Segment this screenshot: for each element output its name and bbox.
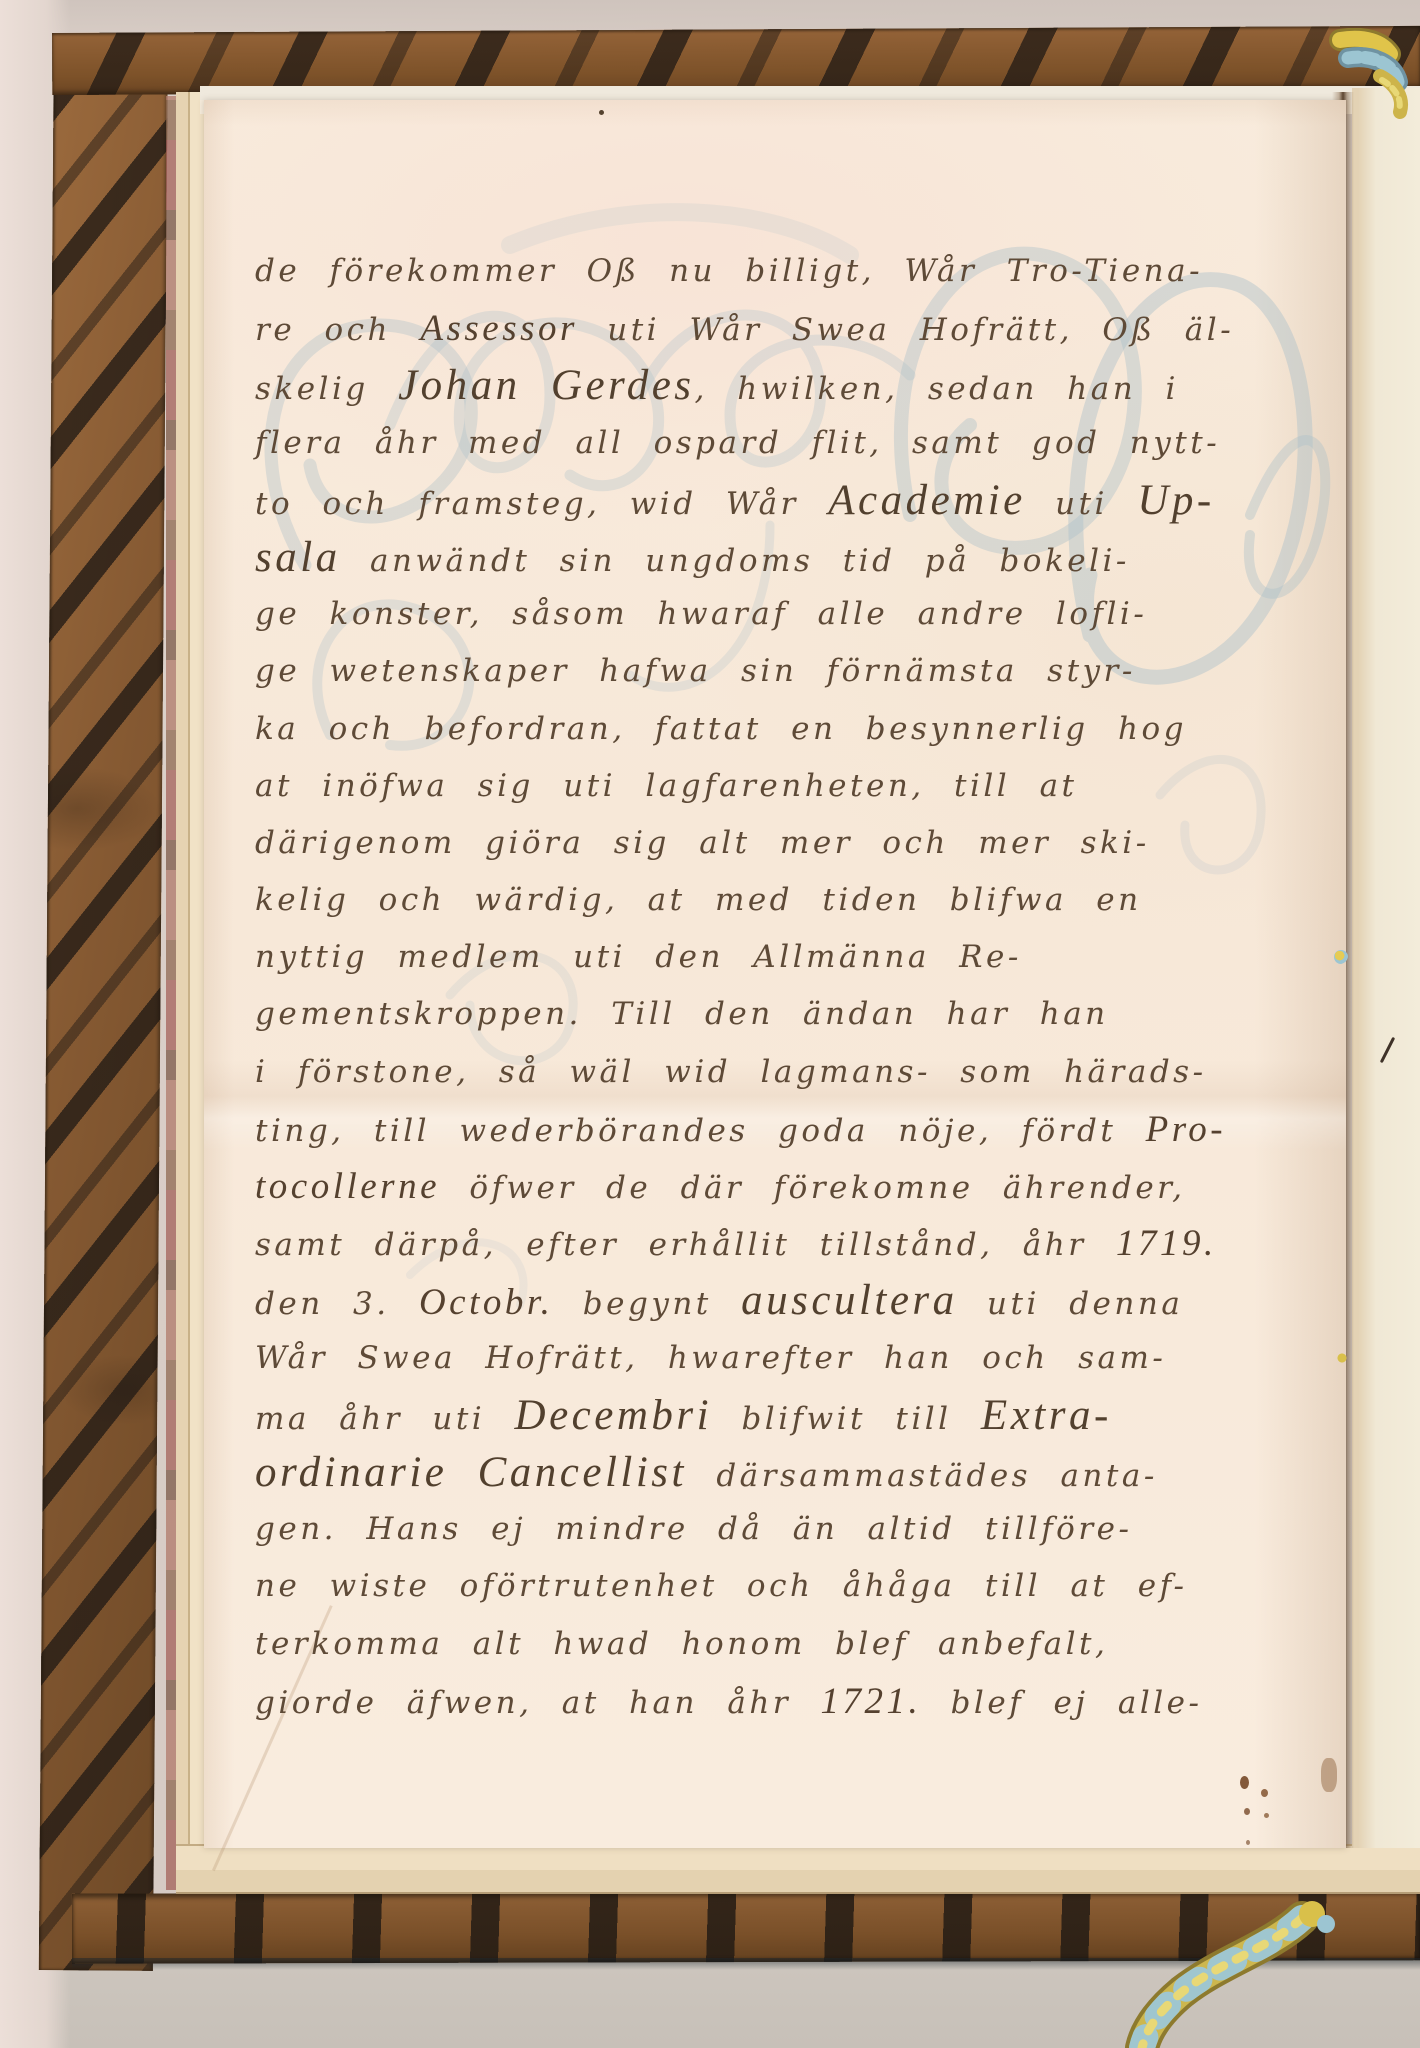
manuscript-text-segment: därigenom giöra sig alt mer och mer ski- (255, 825, 1150, 861)
manuscript-line-17: tocollerne öfwer de där förekomne ährend… (255, 1158, 1265, 1215)
manuscript-line-3: skelig Johan Gerdes, hwilken, sedan han … (255, 357, 1265, 414)
manuscript-text-segment: re och (255, 312, 420, 348)
manuscript-line-20: Wår Swea Hofrätt, hwarefter han och sam- (255, 1330, 1265, 1387)
manuscript-line-19: den 3. Octobr. begynt auscultera uti den… (255, 1272, 1265, 1329)
ink-stain (1244, 1808, 1250, 1815)
marbled-endpaper-edge (166, 96, 176, 1890)
manuscript-text-segment: blef ej alle- (921, 1685, 1202, 1721)
manuscript-text-segment: tocollerne (255, 1166, 440, 1207)
manuscript-text-segment: skelig (255, 371, 398, 407)
manuscript-text-segment: gen. Hans ej mindre då än altid tillföre… (255, 1511, 1132, 1547)
manuscript-text-segment: kelig och wärdig, at med tiden blifwa en (255, 882, 1142, 918)
manuscript-line-22: ordinarie Cancellist därsammastädes anta… (255, 1444, 1265, 1501)
manuscript-text-segment: därsammastädes anta- (687, 1458, 1158, 1494)
ink-stain (1264, 1813, 1269, 1818)
manuscript-text-segment: Extra- (981, 1392, 1112, 1439)
manuscript-text-segment: ne wiste oförtrutenhet och åhåga till at… (255, 1568, 1187, 1604)
manuscript-line-15: i förstone, så wäl wid lagmans- som hära… (255, 1044, 1265, 1101)
manuscript-text-segment: ka och befordran, fattat en besynnerlig … (255, 711, 1187, 747)
manuscript-line-7: ge konster, såsom hwaraf alle andre lofl… (255, 586, 1265, 643)
manuscript-text-segment: flera åhr med all ospard flit, samt god … (255, 425, 1220, 461)
manuscript-line-12: kelig och wärdig, at med tiden blifwa en (255, 872, 1265, 929)
manuscript-text-segment: Pro- (1146, 1109, 1226, 1150)
manuscript-line-9: ka och befordran, fattat en besynnerlig … (255, 701, 1265, 758)
binding-cord-bottom (1090, 1900, 1350, 2048)
manuscript-text-segment: begynt (553, 1286, 741, 1322)
manuscript-text-segment: öfwer de där förekomne ährender, (440, 1170, 1185, 1206)
manuscript-text-segment: de förekommer Oß nu billigt, Wår Tro-Tie… (255, 253, 1203, 289)
manuscript-text-segment: i förstone, så wäl wid lagmans- som hära… (255, 1054, 1207, 1090)
ink-stain (1261, 1789, 1268, 1797)
manuscript-text-segment: blifwit till (712, 1401, 981, 1437)
manuscript-text-segment: auscultera (741, 1277, 958, 1324)
ink-stain (1240, 1776, 1249, 1789)
manuscript-text-segment: , hwilken, sedan han i (695, 371, 1179, 407)
manuscript-line-6: sala anwändt sin ungdoms tid på bokeli- (255, 529, 1265, 586)
manuscript-text-segment: Academie (828, 477, 1026, 524)
manuscript-text-segment: Johan Gerdes (398, 362, 694, 409)
manuscript-text-segment: ma åhr uti (255, 1401, 515, 1437)
manuscript-text-segment: uti (1026, 486, 1138, 522)
manuscript-line-2: re och Assessor uti Wår Swea Hofrätt, Oß… (255, 300, 1265, 357)
manuscript-text-segment: uti denna (958, 1286, 1184, 1322)
manuscript-text-segment: anwändt sin ungdoms tid på bokeli- (341, 543, 1130, 579)
manuscript-line-26: giorde äfwen, at han åhr 1721. blef ej a… (255, 1673, 1265, 1730)
manuscript-text-segment: 1721. (820, 1681, 921, 1722)
manuscript-text-segment: samt därpå, efter erhållit tillstånd, åh… (255, 1227, 1116, 1263)
manuscript-line-16: ting, till wederbörandes goda nöje, förd… (255, 1101, 1265, 1158)
manuscript-text-segment: giorde äfwen, at han åhr (255, 1685, 820, 1721)
manuscript-text-segment: ting, till wederbörandes goda nöje, förd… (255, 1113, 1146, 1149)
manuscript-line-1: de förekommer Oß nu billigt, Wår Tro-Tie… (255, 243, 1265, 300)
scanned-book-page: de förekommer Oß nu billigt, Wår Tro-Tie… (0, 0, 1420, 2048)
manuscript-text-segment: terkomma alt hwad honom blef anbefalt, (255, 1626, 1108, 1662)
manuscript-text-block: de förekommer Oß nu billigt, Wår Tro-Tie… (255, 243, 1265, 1730)
manuscript-line-4: flera åhr med all ospard flit, samt god … (255, 415, 1265, 472)
manuscript-line-24: ne wiste oförtrutenhet och åhåga till at… (255, 1558, 1265, 1615)
manuscript-text-segment: ge wetenskaper hafwa sin förnämsta styr- (255, 653, 1136, 689)
manuscript-line-11: därigenom giöra sig alt mer och mer ski- (255, 815, 1265, 872)
manuscript-line-10: at inöfwa sig uti lagfarenheten, till at (255, 758, 1265, 815)
manuscript-text-segment: Assessor (420, 308, 578, 349)
ink-stain (1246, 1840, 1250, 1845)
manuscript-line-18: samt därpå, efter erhållit tillstånd, åh… (255, 1215, 1265, 1272)
manuscript-line-25: terkomma alt hwad honom blef anbefalt, (255, 1616, 1265, 1673)
manuscript-text-segment: ordinarie Cancellist (255, 1449, 687, 1496)
book-cover-top-edge (52, 26, 1420, 95)
manuscript-text-segment: sala (255, 534, 341, 581)
book-cover-left-edge (39, 34, 168, 1971)
manuscript-line-5: to och framsteg, wid Wår Academie uti Up… (255, 472, 1265, 529)
manuscript-text-segment: Decembri (515, 1392, 713, 1439)
endpaper-edge-left (176, 92, 206, 1892)
manuscript-text-segment: gementskroppen. Till den ändan har han (255, 996, 1109, 1032)
manuscript-text-segment: Wår Swea Hofrätt, hwarefter han och sam- (255, 1340, 1166, 1376)
manuscript-text-segment: uti Wår Swea Hofrätt, Oß äl- (578, 312, 1234, 348)
manuscript-line-14: gementskroppen. Till den ändan har han (255, 986, 1265, 1043)
ink-stain (1321, 1758, 1337, 1792)
manuscript-line-13: nyttig medlem uti den Allmänna Re- (255, 929, 1265, 986)
endpaper-edge-bottom (176, 1844, 1420, 1894)
sewing-thread (1337, 1352, 1347, 1364)
manuscript-text-segment: ge konster, såsom hwaraf alle andre lofl… (255, 596, 1147, 632)
ink-speck (599, 110, 604, 115)
next-page-edge (1352, 88, 1420, 1848)
sewing-thread (1334, 950, 1348, 964)
manuscript-text-segment: to och framsteg, wid Wår (255, 486, 828, 522)
manuscript-text-segment: Up- (1137, 477, 1214, 524)
manuscript-text-segment: den 3. (255, 1286, 419, 1322)
manuscript-text-segment: nyttig medlem uti den Allmänna Re- (255, 939, 1022, 975)
manuscript-text-segment: 1719. (1116, 1223, 1217, 1264)
manuscript-text-segment: Octobr. (419, 1282, 553, 1323)
manuscript-line-8: ge wetenskaper hafwa sin förnämsta styr- (255, 643, 1265, 700)
manuscript-line-23: gen. Hans ej mindre då än altid tillföre… (255, 1501, 1265, 1558)
manuscript-text-segment: at inöfwa sig uti lagfarenheten, till at (255, 768, 1078, 804)
binding-cord-top (1310, 28, 1420, 128)
manuscript-line-21: ma åhr uti Decembri blifwit till Extra- (255, 1387, 1265, 1444)
